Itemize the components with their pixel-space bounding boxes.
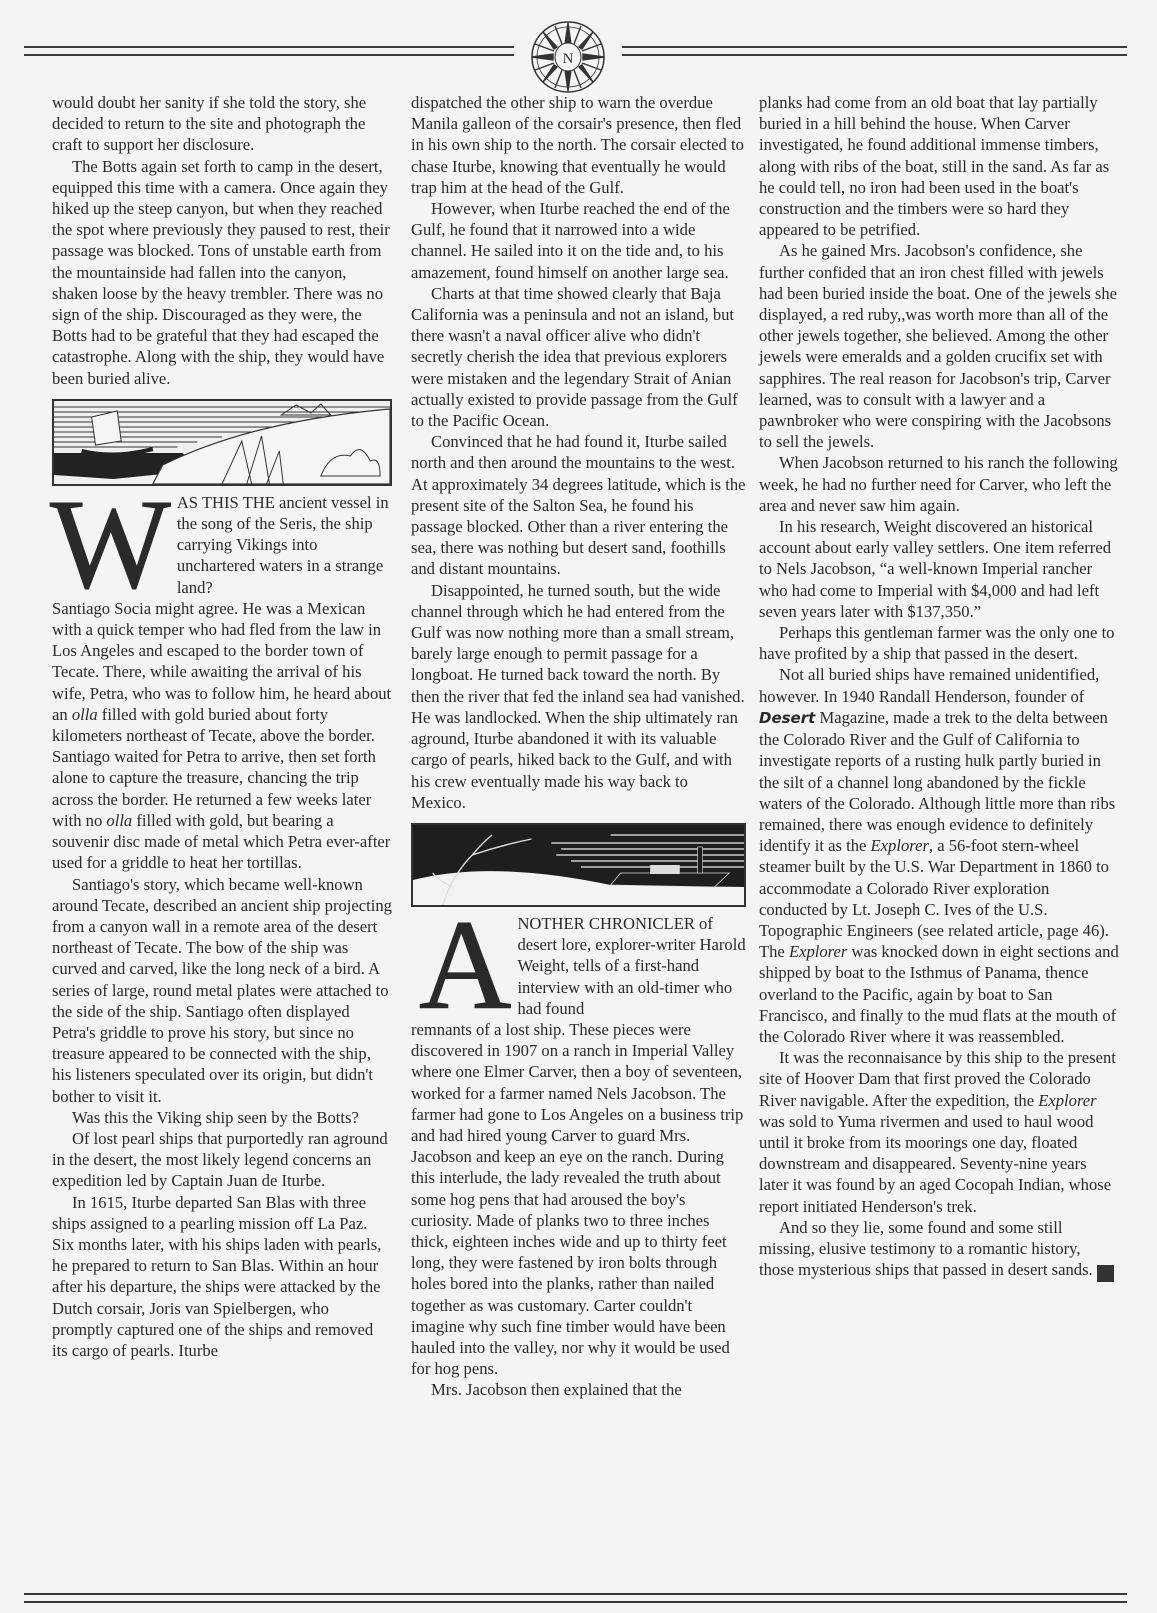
paragraph: As he gained Mrs. Jacobson's confidence,… — [759, 240, 1119, 452]
header-rule-right — [622, 46, 1127, 56]
paragraph: In his research, Weight discovered an hi… — [759, 516, 1119, 622]
paragraph: It was the reconnaisance by this ship to… — [759, 1047, 1119, 1217]
paragraph: Of lost pearl ships that purportedly ran… — [52, 1128, 392, 1192]
drop-cap: W — [50, 496, 171, 596]
section-opening: W AS THIS THE ancient vessel in the song… — [52, 492, 392, 598]
compass-rose-icon: N — [528, 20, 608, 94]
header-rule-left — [24, 46, 514, 56]
section-opening: A NOTHER CHRONICLER of desert lore, expl… — [411, 913, 746, 1019]
paragraph: planks had come from an old boat that la… — [759, 92, 1119, 240]
paragraph: Santiago Socia might agree. He was a Mex… — [52, 598, 392, 874]
svg-text:N: N — [563, 51, 574, 67]
paragraph: And so they lie, some found and some sti… — [759, 1217, 1119, 1282]
paragraph: Was this the Viking ship seen by the Bot… — [52, 1107, 392, 1128]
paragraph: When Jacobson returned to his ranch the … — [759, 452, 1119, 516]
paragraph: Perhaps this gentleman farmer was the on… — [759, 622, 1119, 664]
footer-rule — [24, 1593, 1127, 1603]
magazine-name: Desert — [759, 709, 815, 727]
paragraph: Disappointed, he turned south, but the w… — [411, 580, 746, 813]
paragraph: Not all buried ships have remained unide… — [759, 664, 1119, 1047]
paragraph: Mrs. Jacobson then explained that the — [411, 1379, 746, 1400]
paragraph: remnants of a lost ship. These pieces we… — [411, 1019, 746, 1379]
end-of-article-icon: D — [1097, 1265, 1114, 1282]
paragraph: Santiago's story, which became well-know… — [52, 874, 392, 1107]
article-column-1: would doubt her sanity if she told the s… — [52, 92, 392, 1361]
paragraph: However, when Iturbe reached the end of … — [411, 198, 746, 283]
article-column-3: planks had come from an old boat that la… — [759, 92, 1119, 1282]
paragraph: In 1615, Iturbe departed San Blas with t… — [52, 1192, 392, 1362]
drop-cap: A — [419, 917, 511, 1017]
paragraph: would doubt her sanity if she told the s… — [52, 92, 392, 156]
paragraph: Convinced that he had found it, Iturbe s… — [411, 431, 746, 579]
paragraph: The Botts again set forth to camp in the… — [52, 156, 392, 389]
article-column-2: dispatched the other ship to warn the ov… — [411, 92, 746, 1401]
paragraph: Charts at that time showed clearly that … — [411, 283, 746, 431]
paragraph: dispatched the other ship to warn the ov… — [411, 92, 746, 198]
